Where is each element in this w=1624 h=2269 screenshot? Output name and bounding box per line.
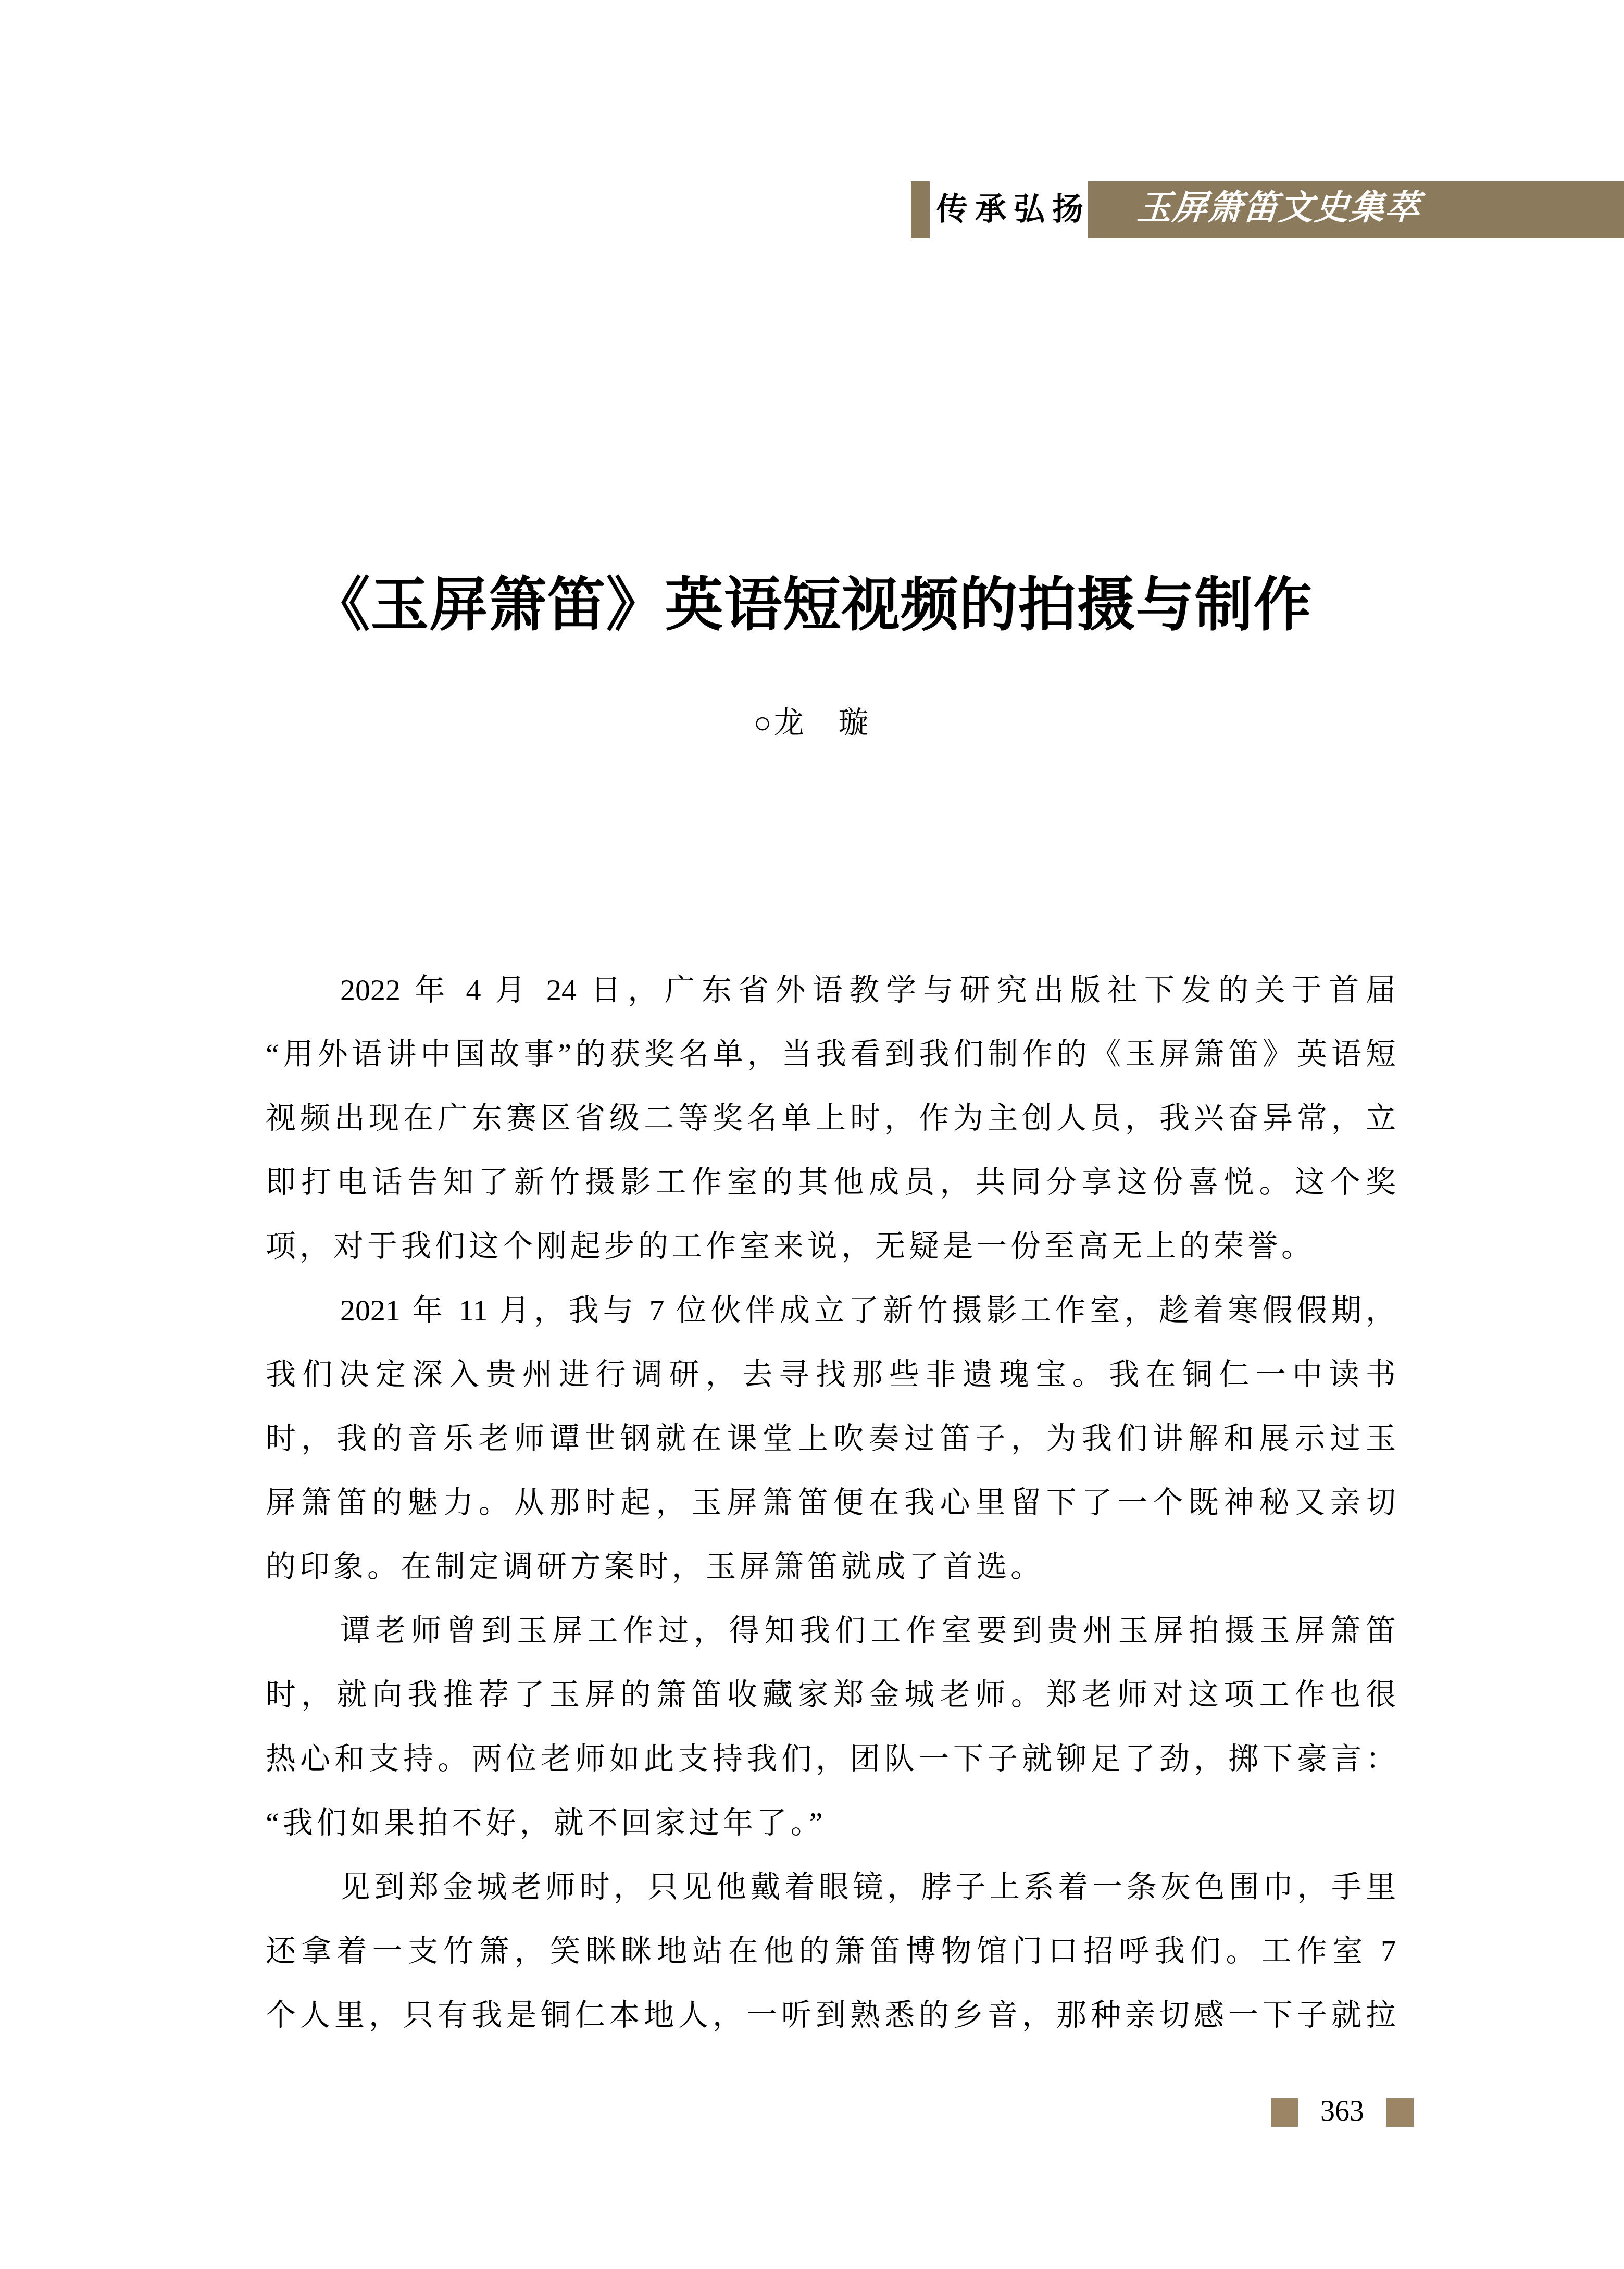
article-body: 2022 年 4 月 24 日，广东省外语教学与研究出版社下发的关于首届“用外语… bbox=[266, 958, 1396, 2047]
text-line: 我们决定深入贵州进行调研，去寻找那些非遗瑰宝。我在铜仁一中读书 bbox=[266, 1342, 1396, 1406]
header-banner: 玉屏箫笛文史集萃 bbox=[1088, 181, 1624, 238]
text-line: 谭老师曾到玉屏工作过，得知我们工作室要到贵州玉屏拍摄玉屏箫笛 bbox=[266, 1599, 1396, 1663]
text-line: 2022 年 4 月 24 日，广东省外语教学与研究出版社下发的关于首届 bbox=[266, 958, 1396, 1022]
text-line: “用外语讲中国故事”的获奖名单，当我看到我们制作的《玉屏箫笛》英语短 bbox=[266, 1022, 1396, 1086]
text-line: 见到郑金城老师时，只见他戴着眼镜，脖子上系着一条灰色围巾，手里 bbox=[266, 1855, 1396, 1919]
section-label: 传承弘扬 bbox=[936, 181, 1091, 238]
text-line: 项，对于我们这个刚起步的工作室来说，无疑是一份至高无上的荣誉。 bbox=[266, 1214, 1396, 1278]
text-line: 即打电话告知了新竹摄影工作室的其他成员，共同分享这份喜悦。这个奖 bbox=[266, 1150, 1396, 1214]
page-number: 363 bbox=[1298, 2093, 1386, 2129]
text-line: 个人里，只有我是铜仁本地人，一听到熟悉的乡音，那种亲切感一下子就拉 bbox=[266, 1983, 1396, 2047]
article-title: 《玉屏箫笛》英语短视频的拍摄与制作 bbox=[0, 558, 1624, 642]
author-line: ○龙 璇 bbox=[0, 698, 1624, 742]
text-line: 时，我的音乐老师谭世钢就在课堂上吹奏过笛子，为我们讲解和展示过玉 bbox=[266, 1406, 1396, 1470]
header-accent-bar bbox=[911, 181, 930, 238]
footer-left-square bbox=[1271, 2098, 1298, 2127]
document-page: 传承弘扬 玉屏箫笛文史集萃 《玉屏箫笛》英语短视频的拍摄与制作 ○龙 璇 202… bbox=[0, 0, 1624, 2269]
text-line: 的印象。在制定调研方案时，玉屏箫笛就成了首选。 bbox=[266, 1535, 1396, 1599]
text-line: 视频出现在广东赛区省级二等奖名单上时，作为主创人员，我兴奋异常，立 bbox=[266, 1086, 1396, 1150]
text-line: 热心和支持。两位老师如此支持我们，团队一下子就铆足了劲，掷下豪言： bbox=[266, 1727, 1396, 1791]
text-line: 2021 年 11 月，我与 7 位伙伴成立了新竹摄影工作室，趁着寒假假期， bbox=[266, 1278, 1396, 1342]
text-line: “我们如果拍不好，就不回家过年了。” bbox=[266, 1791, 1396, 1855]
text-line: 时，就向我推荐了玉屏的箫笛收藏家郑金城老师。郑老师对这项工作也很 bbox=[266, 1663, 1396, 1727]
text-line: 还拿着一支竹箫，笑眯眯地站在他的箫笛博物馆门口招呼我们。工作室 7 bbox=[266, 1919, 1396, 1983]
text-line: 屏箫笛的魅力。从那时起，玉屏箫笛便在我心里留下了一个既神秘又亲切 bbox=[266, 1470, 1396, 1535]
banner-calligraphy-title: 玉屏箫笛文史集萃 bbox=[1135, 181, 1422, 238]
footer-right-square bbox=[1386, 2098, 1414, 2127]
